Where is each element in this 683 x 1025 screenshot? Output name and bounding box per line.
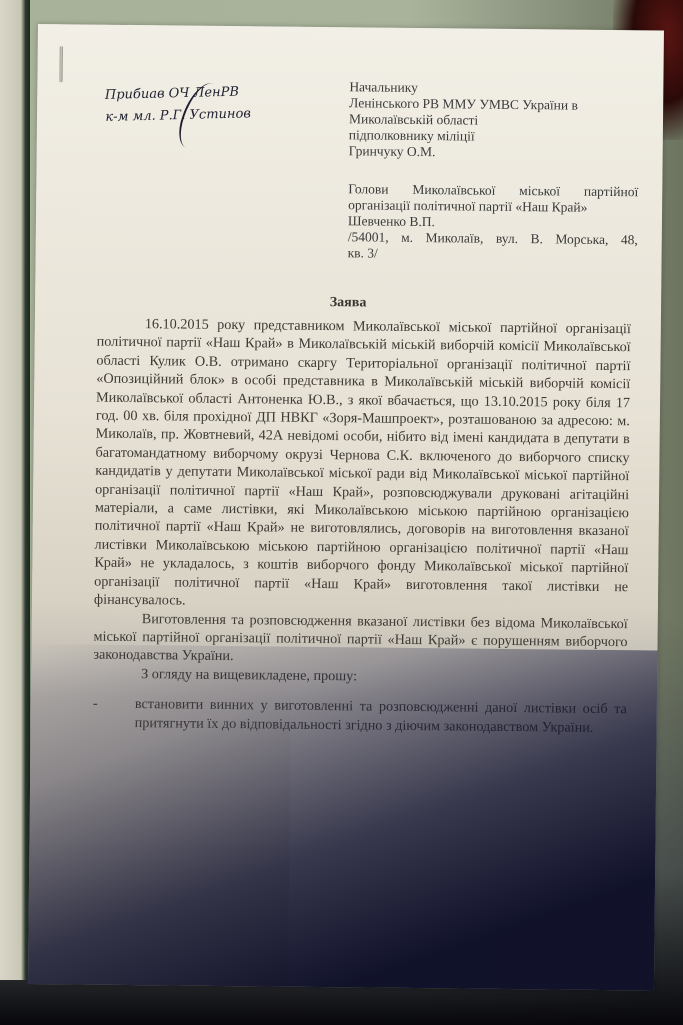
- addressee-block: Начальнику Ленінського РВ ММУ УМВС Украї…: [348, 79, 640, 264]
- request-list: встановити винних у виготовленні та розп…: [93, 695, 627, 737]
- handwritten-resolution: Прибиав ОЧ ЛенРВ к-м мл. Р.Г. Устинов: [105, 79, 346, 129]
- document-title: Заява: [35, 292, 661, 315]
- adjacent-paper-edge: [0, 0, 30, 980]
- staple-icon: [59, 46, 62, 82]
- paragraph: 16.10.2015 року представником Миколаївсь…: [94, 315, 631, 615]
- sender-line: кв. 3/: [348, 245, 638, 264]
- recipient-line: Гринчуку О.М.: [349, 143, 639, 162]
- handwritten-line-2: к-м мл. Р.Г. Устинов: [105, 101, 345, 129]
- paragraph: Виготовлення та розповсюдження вказаної …: [93, 609, 628, 670]
- request-item: встановити винних у виготовленні та розп…: [135, 695, 627, 737]
- document-page: Прибиав ОЧ ЛенРВ к-м мл. Р.Г. Устинов На…: [28, 24, 664, 991]
- document-body: 16.10.2015 року представником Миколаївсь…: [93, 315, 631, 738]
- sender-line: /54001, м. Миколаїв, вул. В. Морська, 48…: [348, 229, 638, 248]
